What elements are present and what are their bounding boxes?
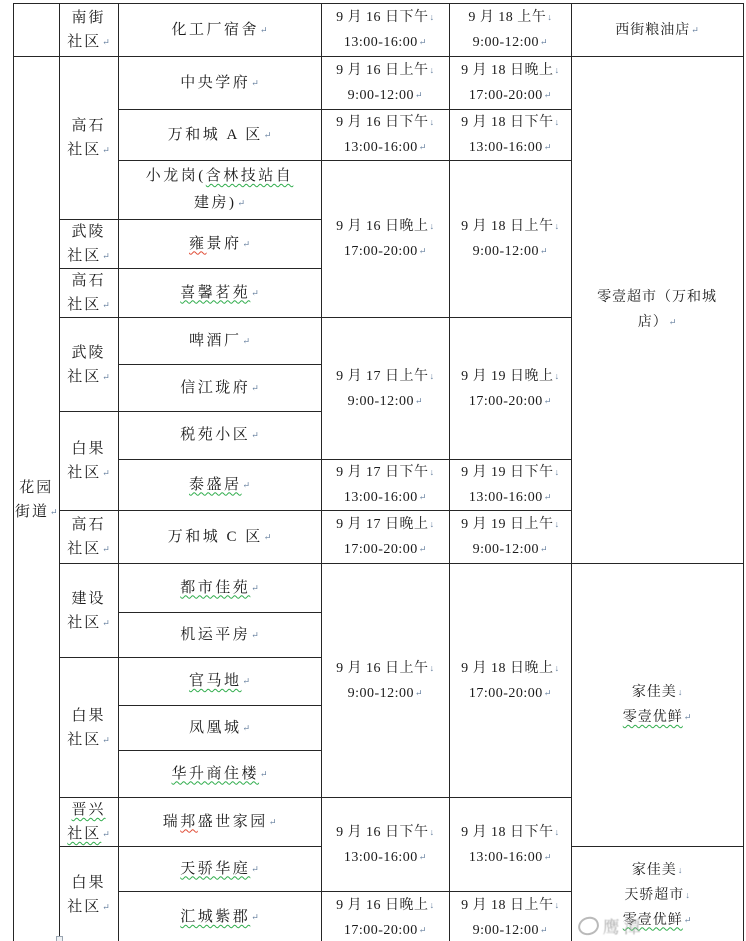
linebreak-mark-icon: ↓ [555, 221, 560, 231]
cell-line: 社区↵ [61, 822, 117, 846]
linebreak-mark-icon: ↓ [555, 900, 560, 910]
community-cell: 白果社区↵ [59, 847, 118, 941]
cell-line: 9:00-12:00↵ [451, 239, 570, 264]
linebreak-mark-icon: ↓ [678, 865, 683, 875]
text-segment: 17:00-20:00 [469, 686, 543, 701]
text-segment: 9 月 19 日晚上 [461, 369, 554, 384]
text-segment: 都市佳苑 [180, 580, 250, 596]
cell-line: 武陵 [61, 220, 117, 244]
cell-line: 店）↵ [573, 310, 742, 335]
cell-line: 社区↵ [61, 537, 117, 561]
linebreak-mark-icon: ↓ [430, 900, 435, 910]
cell-line: 都市佳苑↵ [120, 575, 320, 602]
text-segment: 9 月 16 日下午 [336, 825, 429, 840]
paragraph-mark-icon: ↵ [260, 25, 268, 35]
time1-cell: 9 月 17 日晚上↓17:00-20:00↵ [321, 511, 449, 564]
schedule-table: 南街社区↵化工厂宿舍↵9 月 16 日下午↓13:00-16:00↵9 月 18… [13, 3, 744, 941]
text-segment: 13:00-16:00 [469, 490, 543, 505]
text-segment: 17:00-20:00 [344, 542, 418, 557]
text-segment: 9 月 19 日下午 [461, 465, 554, 480]
text-segment: 喜馨茗苑 [180, 285, 250, 301]
location-cell: 雍景府↵ [118, 220, 321, 269]
cell-line: 社区↵ [61, 728, 117, 752]
linebreak-mark-icon: ↓ [678, 687, 683, 697]
text-segment: 社区 [67, 899, 101, 915]
cell-line: 街道↵ [15, 500, 58, 524]
paragraph-mark-icon: ↵ [102, 735, 110, 745]
text-segment: 社区 [67, 297, 101, 313]
paragraph-mark-icon: ↵ [684, 712, 692, 722]
text-segment: 17:00-20:00 [469, 394, 543, 409]
cell-line: 社区↵ [61, 244, 117, 268]
time2-cell: 9 月 18 日上午↓9:00-12:00↵ [449, 161, 571, 318]
text-segment: 9 月 17 日下午 [336, 465, 429, 480]
cell-line: 建房)↵ [120, 190, 320, 217]
text-segment: 白果 [72, 708, 106, 724]
paragraph-mark-icon: ↵ [269, 817, 277, 827]
cell-line: 17:00-20:00↵ [323, 918, 448, 941]
time2-cell: 9 月 18 日下午↓13:00-16:00↵ [449, 110, 571, 161]
text-segment: 13:00-16:00 [469, 850, 543, 865]
cell-line: 天骄超市↓ [573, 883, 742, 908]
cell-line: 白果 [61, 704, 117, 728]
text-segment: 9:00-12:00 [348, 686, 414, 701]
cell-line: 17:00-20:00↵ [451, 681, 570, 706]
text-segment: 9 月 18 日下午 [461, 825, 554, 840]
store-cell: 零壹超市（万和城店）↵ [571, 57, 743, 564]
text-segment: 白果 [72, 441, 106, 457]
text-segment: 泰盛居 [189, 477, 242, 493]
linebreak-mark-icon: ↓ [555, 467, 560, 477]
text-segment: 机运平房 [180, 627, 250, 643]
paragraph-mark-icon: ↵ [540, 37, 548, 47]
cell-line: 万和城 C 区↵ [120, 524, 320, 551]
cell-line: 中央学府↵ [120, 70, 320, 97]
cell-line: 信江珑府↵ [120, 375, 320, 402]
cell-line: 晋兴 [61, 798, 117, 822]
cell-line: 白果 [61, 871, 117, 895]
cell-line: 13:00-16:00↵ [323, 485, 448, 510]
paragraph-mark-icon: ↵ [251, 78, 259, 88]
paragraph-mark-icon: ↵ [251, 383, 259, 393]
community-cell: 高石社区↵ [59, 269, 118, 318]
paragraph-mark-icon: ↵ [102, 372, 110, 382]
paragraph-mark-icon: ↵ [243, 336, 251, 346]
location-cell: 啤酒厂↵ [118, 318, 321, 365]
text-segment: 9 月 16 日晚上 [336, 219, 429, 234]
text-segment: 9:00-12:00 [348, 394, 414, 409]
time1-cell: 9 月 16 日晚上↓17:00-20:00↵ [321, 892, 449, 941]
cell-line: 机运平房↵ [120, 622, 320, 649]
cell-line: 9 月 19 日晚上↓ [451, 364, 570, 389]
cell-line: 税苑小区↵ [120, 422, 320, 449]
location-cell: 喜馨茗苑↵ [118, 269, 321, 318]
community-cell: 晋兴社区↵ [59, 798, 118, 847]
community-cell: 白果社区↵ [59, 658, 118, 798]
cell-line: 凤凰城↵ [120, 715, 320, 742]
paragraph-mark-icon: ↵ [544, 142, 552, 152]
text-segment: 高石 [72, 118, 106, 134]
cell-line: 9:00-12:00↵ [323, 83, 448, 108]
text-segment: 信江珑府 [180, 380, 250, 396]
text-segment: 晋兴 [72, 802, 106, 818]
cell-line: 社区↵ [61, 461, 117, 485]
paragraph-mark-icon: ↵ [238, 198, 246, 208]
cell-line: 9 月 18 日下午↓ [451, 820, 570, 845]
paragraph-mark-icon: ↵ [102, 37, 110, 47]
cell-line: 万和城 A 区↵ [120, 122, 320, 149]
cell-line: 9 月 16 日晚上↓ [323, 893, 448, 918]
cell-line: 9:00-12:00↵ [323, 389, 448, 414]
text-segment: 中央学府 [180, 75, 250, 91]
text-segment: 社区 [67, 369, 101, 385]
paragraph-mark-icon: ↵ [251, 864, 259, 874]
community-cell: 武陵社区↵ [59, 318, 118, 412]
location-cell: 瑞邦盛世家园↵ [118, 798, 321, 847]
time2-cell: 9 月 19 日晚上↓17:00-20:00↵ [449, 318, 571, 460]
table-row: 花园街道↵高石社区↵中央学府↵9 月 16 日上午↓9:00-12:00↵9 月… [14, 57, 744, 110]
location-cell: 万和城 C 区↵ [118, 511, 321, 564]
location-cell: 小龙岗(含林技站自建房)↵ [118, 161, 321, 220]
cell-line: 零壹优鲜↵ [573, 705, 742, 730]
text-segment: 9:00-12:00 [473, 542, 539, 557]
cell-line: 南街 [61, 6, 117, 30]
cell-line: 13:00-16:00↵ [451, 485, 570, 510]
paragraph-mark-icon: ↵ [419, 925, 427, 935]
text-segment: 9:00-12:00 [348, 88, 414, 103]
paragraph-mark-icon: ↵ [251, 430, 259, 440]
time1-cell: 9 月 16 日晚上↓17:00-20:00↵ [321, 161, 449, 318]
cell-line: 化工厂宿舍↵ [120, 17, 320, 44]
cell-line: 泰盛居↵ [120, 472, 320, 499]
cell-line: 13:00-16:00↵ [323, 30, 448, 55]
location-cell: 华升商住楼↵ [118, 751, 321, 798]
paragraph-mark-icon: ↵ [540, 544, 548, 554]
text-segment: 9 月 18 日上午 [461, 219, 554, 234]
cell-line: 社区↵ [61, 365, 117, 389]
text-segment: 社区 [67, 826, 101, 842]
text-segment: 家佳美 [632, 685, 677, 700]
text-segment: 13:00-16:00 [344, 35, 418, 50]
cell-line: 9:00-12:00↵ [451, 537, 570, 562]
cell-line: 高石 [61, 513, 117, 537]
time1-cell: 9 月 16 日上午↓9:00-12:00↵ [321, 564, 449, 798]
location-cell: 泰盛居↵ [118, 460, 321, 511]
text-segment: 万和城 A 区 [168, 127, 263, 143]
text-segment: 官马地 [189, 673, 242, 689]
text-segment: 17:00-20:00 [469, 88, 543, 103]
text-segment: 化工厂宿舍 [172, 22, 260, 38]
linebreak-mark-icon: ↓ [430, 371, 435, 381]
text-segment: 天骄超市 [624, 888, 684, 903]
cell-line: 9 月 16 日下午↓ [323, 820, 448, 845]
cell-line: 9 月 17 日晚上↓ [323, 512, 448, 537]
text-segment: 武陵 [72, 345, 106, 361]
text-segment: 花园 [19, 480, 53, 496]
store-cell: 家佳美↓天骄超市↓零壹优鲜↵鹰潭 [571, 847, 743, 941]
time2-cell: 9 月 19 日上午↓9:00-12:00↵ [449, 511, 571, 564]
cell-line: 小龙岗(含林技站自 [120, 163, 320, 190]
text-segment: 13:00-16:00 [469, 140, 543, 155]
location-cell: 税苑小区↵ [118, 412, 321, 460]
location-cell: 中央学府↵ [118, 57, 321, 110]
text-segment: 天骄华庭 [180, 861, 250, 877]
text-segment: 社区 [67, 142, 101, 158]
paragraph-mark-icon: ↵ [544, 396, 552, 406]
cell-line: 家佳美↓ [573, 858, 742, 883]
table-row: 南街社区↵化工厂宿舍↵9 月 16 日下午↓13:00-16:00↵9 月 18… [14, 4, 744, 57]
text-segment: 13:00-16:00 [344, 140, 418, 155]
community-cell: 南街社区↵ [59, 4, 118, 57]
cell-line: 9 月 19 日下午↓ [451, 460, 570, 485]
paragraph-mark-icon: ↵ [243, 676, 251, 686]
linebreak-mark-icon: ↓ [555, 117, 560, 127]
text-segment: 17:00-20:00 [344, 923, 418, 938]
cell-line: 9 月 18 日晚上↓ [451, 58, 570, 83]
text-segment: 建房) [194, 195, 237, 211]
text-segment: 建设 [72, 591, 106, 607]
time1-cell: 9 月 17 日上午↓9:00-12:00↵ [321, 318, 449, 460]
text-segment: 零壹优鲜 [623, 710, 683, 725]
text-segment: 高石 [72, 517, 106, 533]
paragraph-mark-icon: ↵ [50, 507, 58, 517]
cell-line: 9 月 18 日上午↓ [451, 893, 570, 918]
text-segment: 9 月 16 日上午 [336, 661, 429, 676]
street-cell [14, 4, 60, 57]
cell-line: 高石 [61, 269, 117, 293]
paragraph-mark-icon: ↵ [544, 852, 552, 862]
location-cell: 汇城紫郡↵ [118, 892, 321, 941]
text-segment: 街道 [15, 504, 49, 520]
text-segment: 9 月 16 日上午 [336, 63, 429, 78]
location-cell: 官马地↵ [118, 658, 321, 706]
text-segment: 家佳美 [632, 863, 677, 878]
text-segment: 高石 [72, 273, 106, 289]
time1-cell: 9 月 16 日上午↓9:00-12:00↵ [321, 57, 449, 110]
location-cell: 机运平房↵ [118, 613, 321, 658]
community-cell: 高石社区↵ [59, 57, 118, 220]
paragraph-mark-icon: ↵ [102, 145, 110, 155]
text-segment: 华升商住楼 [172, 766, 260, 782]
text-segment: 白果 [72, 875, 106, 891]
text-segment: 9 月 16 日下午 [336, 115, 429, 130]
cell-line: 社区↵ [61, 611, 117, 635]
community-cell: 武陵社区↵ [59, 220, 118, 269]
cell-line: 17:00-20:00↵ [451, 83, 570, 108]
cell-line: 9 月 18 日晚上↓ [451, 656, 570, 681]
text-segment: 盛世家园 [198, 814, 268, 830]
text-segment: 含林技站自 [206, 168, 294, 184]
text-segment: 汇城紫郡 [180, 909, 250, 925]
text-segment: 瑞 [163, 814, 181, 830]
document-canvas: 南街社区↵化工厂宿舍↵9 月 16 日下午↓13:00-16:00↵9 月 18… [0, 0, 746, 941]
cell-line: 9 月 16 日晚上↓ [323, 214, 448, 239]
paragraph-mark-icon: ↵ [544, 492, 552, 502]
paragraph-mark-icon: ↵ [415, 688, 423, 698]
linebreak-mark-icon: ↓ [555, 371, 560, 381]
paragraph-mark-icon: ↵ [251, 630, 259, 640]
cell-line: 9:00-12:00↵ [323, 681, 448, 706]
cell-line: 白果 [61, 437, 117, 461]
cell-line: 汇城紫郡↵ [120, 904, 320, 931]
paragraph-mark-icon: ↵ [540, 925, 548, 935]
cell-line: 13:00-16:00↵ [323, 845, 448, 870]
cell-line: 瑞邦盛世家园↵ [120, 809, 320, 836]
linebreak-mark-icon: ↓ [430, 663, 435, 673]
cell-line: 9 月 16 日上午↓ [323, 656, 448, 681]
time2-cell: 9 月 18 日晚上↓17:00-20:00↵ [449, 57, 571, 110]
text-segment: 9 月 18 日晚上 [461, 661, 554, 676]
text-segment: 13:00-16:00 [344, 850, 418, 865]
time2-cell: 9 月 18 日晚上↓17:00-20:00↵ [449, 564, 571, 798]
cell-line: 9:00-12:00↵ [451, 30, 570, 55]
time2-cell: 9 月 18 日上午↓9:00-12:00↵ [449, 892, 571, 941]
cell-line: 9 月 18 上午↓ [451, 5, 570, 30]
linebreak-mark-icon: ↓ [555, 663, 560, 673]
cell-line: 华升商住楼↵ [120, 761, 320, 788]
text-segment: 9:00-12:00 [473, 923, 539, 938]
linebreak-mark-icon: ↓ [430, 117, 435, 127]
paragraph-mark-icon: ↵ [419, 492, 427, 502]
cell-line: 武陵 [61, 341, 117, 365]
cell-line: 9 月 19 日上午↓ [451, 512, 570, 537]
text-segment: 邦 [180, 814, 198, 830]
linebreak-mark-icon: ↓ [430, 519, 435, 529]
location-cell: 天骄华庭↵ [118, 847, 321, 892]
time1-cell: 9 月 16 日下午↓13:00-16:00↵ [321, 4, 449, 57]
community-cell: 建设社区↵ [59, 564, 118, 658]
text-segment: 雍 [189, 236, 207, 252]
text-segment: 9 月 18 日上午 [461, 898, 554, 913]
cell-line: 17:00-20:00↵ [323, 537, 448, 562]
text-segment: 税苑小区 [180, 427, 250, 443]
text-segment: 9 月 18 上午 [468, 10, 546, 25]
cell-line: 13:00-16:00↵ [323, 135, 448, 160]
text-segment: 武陵 [72, 224, 106, 240]
paragraph-mark-icon: ↵ [102, 251, 110, 261]
location-cell: 凤凰城↵ [118, 706, 321, 751]
text-segment: 9 月 17 日上午 [336, 369, 429, 384]
linebreak-mark-icon: ↓ [685, 890, 690, 900]
cell-line: 天骄华庭↵ [120, 856, 320, 883]
paragraph-mark-icon: ↵ [102, 544, 110, 554]
paragraph-mark-icon: ↵ [251, 288, 259, 298]
paragraph-mark-icon: ↵ [260, 769, 268, 779]
paragraph-mark-icon: ↵ [102, 618, 110, 628]
text-segment: 凤凰城 [189, 720, 242, 736]
cell-line: 花园 [15, 476, 58, 500]
cell-line: 社区↵ [61, 30, 117, 54]
text-segment: 13:00-16:00 [344, 490, 418, 505]
time2-cell: 9 月 19 日下午↓13:00-16:00↵ [449, 460, 571, 511]
time2-cell: 9 月 18 上午↓9:00-12:00↵ [449, 4, 571, 57]
text-segment: 零壹优鲜 [623, 913, 683, 928]
anchor-mark-icon [56, 936, 63, 941]
location-cell: 信江珑府↵ [118, 365, 321, 412]
paragraph-mark-icon: ↵ [540, 246, 548, 256]
time1-cell: 9 月 16 日下午↓13:00-16:00↵ [321, 798, 449, 892]
paragraph-mark-icon: ↵ [691, 25, 699, 35]
cell-line: 9 月 18 日下午↓ [451, 110, 570, 135]
time1-cell: 9 月 17 日下午↓13:00-16:00↵ [321, 460, 449, 511]
text-segment: 17:00-20:00 [344, 244, 418, 259]
text-segment: 9 月 19 日上午 [461, 517, 554, 532]
time2-cell: 9 月 18 日下午↓13:00-16:00↵ [449, 798, 571, 892]
paragraph-mark-icon: ↵ [264, 532, 272, 542]
paragraph-mark-icon: ↵ [251, 583, 259, 593]
linebreak-mark-icon: ↓ [430, 467, 435, 477]
paragraph-mark-icon: ↵ [415, 396, 423, 406]
paragraph-mark-icon: ↵ [419, 37, 427, 47]
cell-line: 零壹优鲜↵ [573, 908, 742, 933]
linebreak-mark-icon: ↓ [430, 221, 435, 231]
paragraph-mark-icon: ↵ [419, 852, 427, 862]
cell-line: 9 月 17 日下午↓ [323, 460, 448, 485]
cell-line: 13:00-16:00↵ [451, 845, 570, 870]
location-cell: 都市佳苑↵ [118, 564, 321, 613]
text-segment: 西街粮油店 [615, 23, 690, 38]
cell-line: 零壹超市（万和城 [573, 286, 742, 310]
community-cell: 白果社区↵ [59, 412, 118, 511]
text-segment: 9 月 18 日下午 [461, 115, 554, 130]
cell-line: 雍景府↵ [120, 231, 320, 258]
store-cell: 西街粮油店↵ [571, 4, 743, 57]
text-segment: 社区 [67, 34, 101, 50]
cell-line: 9 月 16 日下午↓ [323, 110, 448, 135]
cell-line: 13:00-16:00↵ [451, 135, 570, 160]
text-segment: 9:00-12:00 [473, 244, 539, 259]
cell-line: 17:00-20:00↵ [451, 389, 570, 414]
text-segment: 9 月 16 日下午 [336, 10, 429, 25]
cell-line: 喜馨茗苑↵ [120, 280, 320, 307]
paragraph-mark-icon: ↵ [544, 90, 552, 100]
text-segment: 啤酒厂 [189, 333, 242, 349]
paragraph-mark-icon: ↵ [251, 912, 259, 922]
cell-line: 啤酒厂↵ [120, 328, 320, 355]
location-cell: 化工厂宿舍↵ [118, 4, 321, 57]
cell-line: 官马地↵ [120, 668, 320, 695]
community-cell: 高石社区↵ [59, 511, 118, 564]
cell-line: 9 月 18 日上午↓ [451, 214, 570, 239]
text-segment: 社区 [67, 541, 101, 557]
cell-line: 9 月 16 日上午↓ [323, 58, 448, 83]
cell-line: 西街粮油店↵ [573, 18, 742, 43]
paragraph-mark-icon: ↵ [419, 246, 427, 256]
text-segment: 社区 [67, 248, 101, 264]
paragraph-mark-icon: ↵ [419, 142, 427, 152]
linebreak-mark-icon: ↓ [555, 65, 560, 75]
cell-line: 家佳美↓ [573, 680, 742, 705]
paragraph-mark-icon: ↵ [684, 915, 692, 925]
street-cell: 花园街道↵ [14, 57, 60, 941]
linebreak-mark-icon: ↓ [430, 65, 435, 75]
text-segment: 南街 [72, 10, 106, 26]
cell-line: 社区↵ [61, 293, 117, 317]
table-row: 建设社区↵都市佳苑↵9 月 16 日上午↓9:00-12:00↵9 月 18 日… [14, 564, 744, 613]
text-segment: 社区 [67, 732, 101, 748]
paragraph-mark-icon: ↵ [669, 317, 677, 327]
cell-line: 9 月 16 日下午↓ [323, 5, 448, 30]
paragraph-mark-icon: ↵ [243, 723, 251, 733]
linebreak-mark-icon: ↓ [555, 519, 560, 529]
text-segment: 店） [638, 315, 668, 330]
location-cell: 万和城 A 区↵ [118, 110, 321, 161]
paragraph-mark-icon: ↵ [102, 300, 110, 310]
text-segment: 景府 [207, 236, 242, 252]
paragraph-mark-icon: ↵ [243, 480, 251, 490]
text-segment: 零壹超市（万和城 [597, 290, 717, 305]
cell-line: 社区↵ [61, 895, 117, 919]
